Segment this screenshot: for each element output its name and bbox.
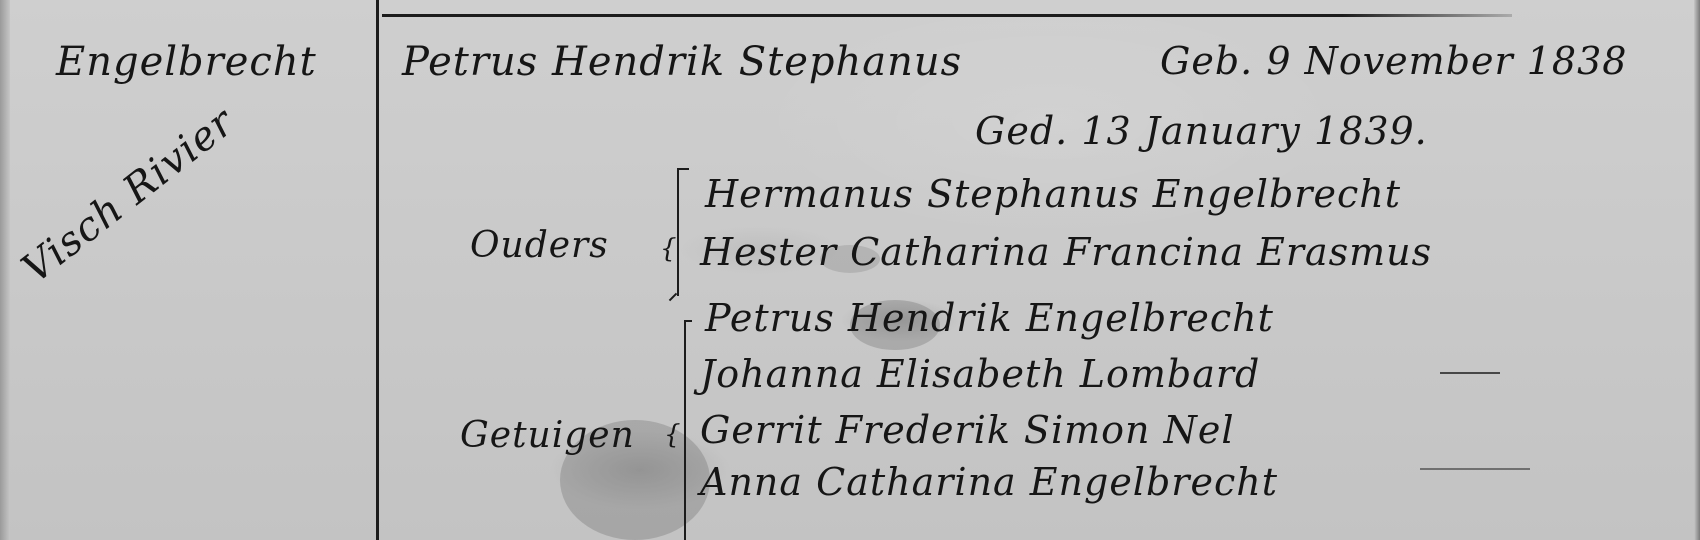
brace-tick (684, 320, 692, 322)
witness-row: Anna Catharina Engelbrecht (700, 460, 1278, 504)
witnesses-label: Getuigen (460, 418, 635, 454)
parent-father: Hermanus Stephanus Engelbrecht (705, 172, 1401, 216)
witness-row: Gerrit Frederik Simon Nel (700, 408, 1234, 452)
place-name: Visch Rivier (15, 101, 241, 290)
brace-tick (669, 293, 677, 301)
baptism-date: Ged. 13 January 1839. (975, 112, 1428, 150)
brace-tick (677, 168, 689, 170)
witness-row: Petrus Hendrik Engelbrecht (705, 296, 1274, 340)
page-edge-left (0, 0, 10, 540)
column-divider (376, 0, 379, 540)
brace-point: { (664, 420, 681, 450)
surname: Engelbrecht (56, 42, 317, 82)
witness-row: Johanna Elisabeth Lombard (700, 352, 1260, 396)
line-flourish (1440, 372, 1500, 374)
page-edge-right (1694, 0, 1700, 540)
witnesses-brace (684, 320, 686, 540)
top-rule-line (382, 14, 1512, 17)
line-flourish (1420, 468, 1530, 470)
birth-date: Geb. 9 November 1838 (1160, 42, 1627, 80)
parents-label: Ouders (470, 228, 609, 264)
register-page: Engelbrecht Visch Rivier Petrus Hendrik … (0, 0, 1700, 540)
brace-point: { (660, 234, 677, 264)
parents-brace (677, 168, 679, 296)
parent-mother: Hester Catharina Francina Erasmus (700, 230, 1432, 274)
child-name: Petrus Hendrik Stephanus (402, 42, 962, 82)
